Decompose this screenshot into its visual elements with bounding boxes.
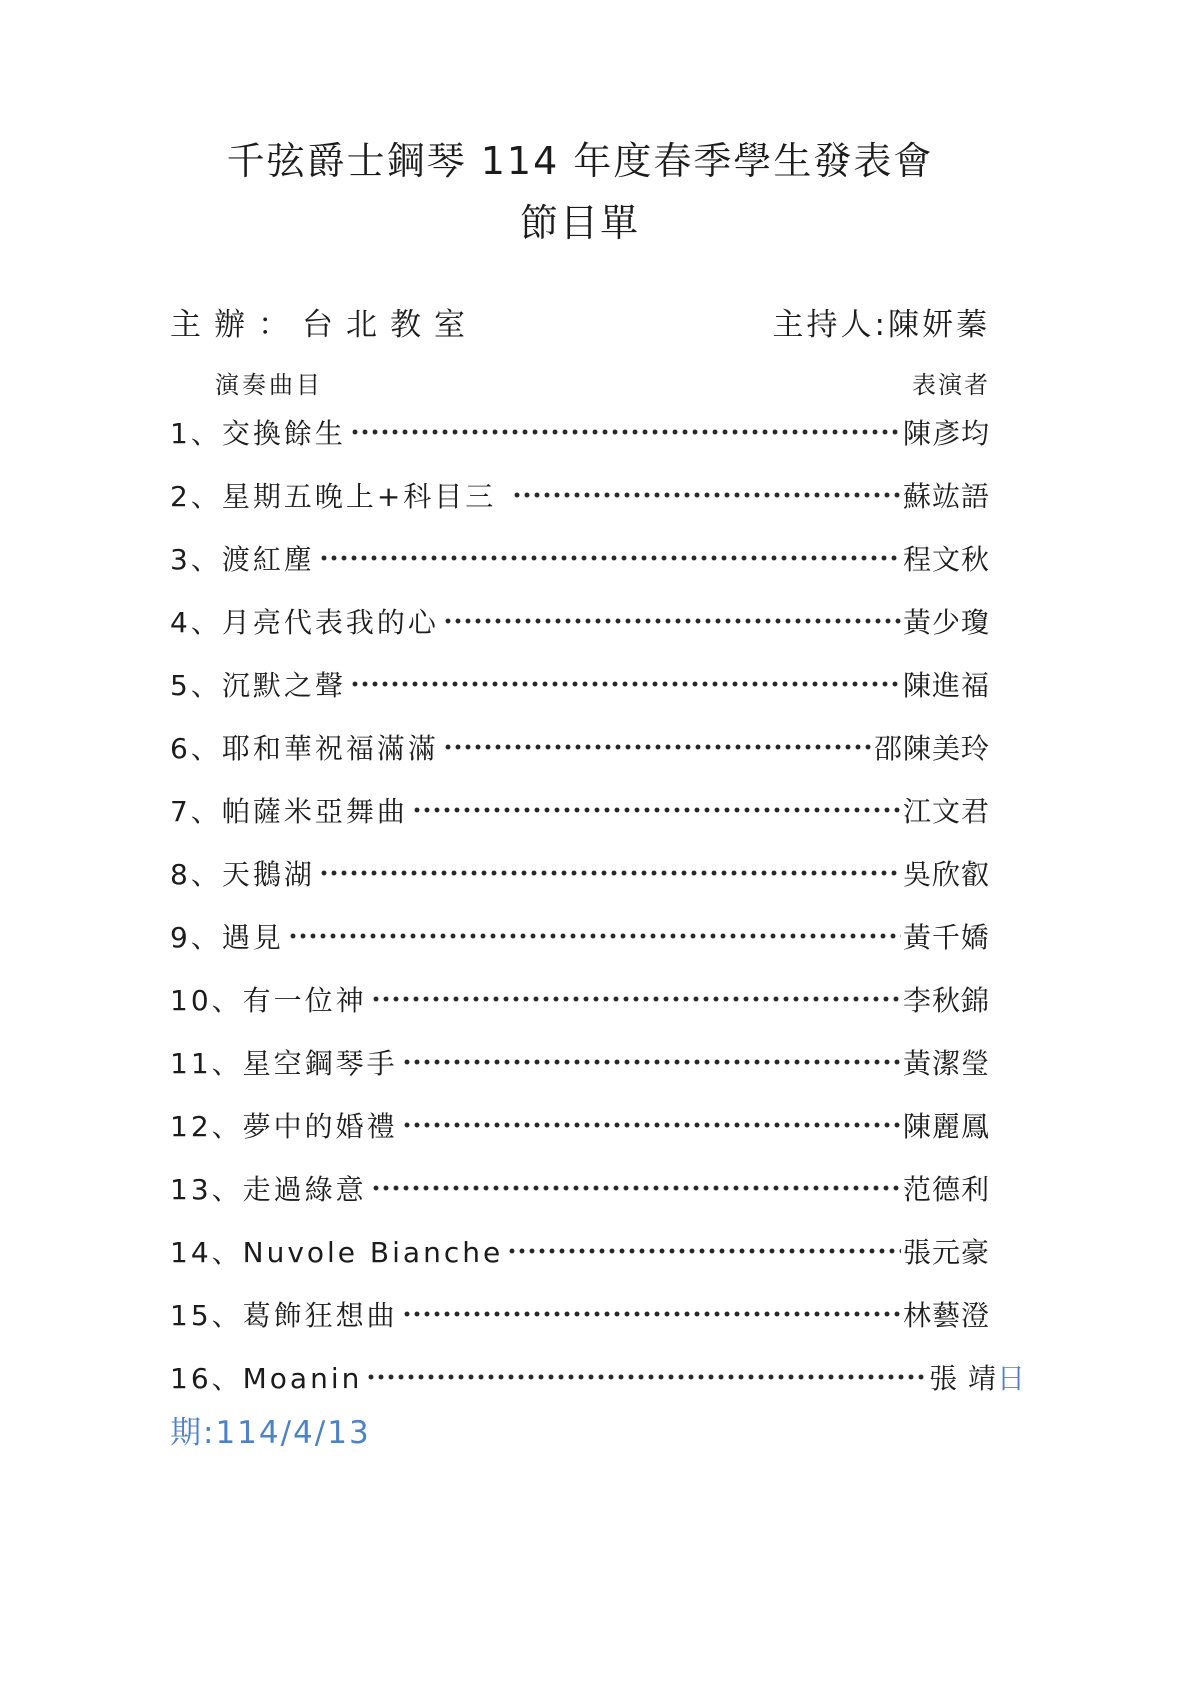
dotted-leader	[400, 1282, 901, 1345]
dotted-leader	[286, 904, 901, 967]
performer-name: 邵陳美玲	[874, 727, 990, 767]
program-title: 1、交換餘生	[170, 412, 346, 452]
program-title: 16、Moanin	[170, 1357, 362, 1397]
program-title: 10、有一位神	[170, 979, 367, 1019]
performer-name: 黃潔瑩	[903, 1042, 990, 1082]
performer-name: 陳進福	[903, 664, 990, 704]
program-title: 11、星空鋼琴手	[170, 1042, 398, 1082]
program-row: 3、渡紅塵 程文秋	[170, 526, 990, 589]
host-label: 主持人:陳妍蓁	[773, 304, 990, 346]
performer-name: 江文君	[903, 790, 990, 830]
program-row: 9、遇見 黃千嬌	[170, 904, 990, 967]
performer-name: 蘇竑語	[903, 475, 990, 515]
performer-name: 張元豪	[903, 1231, 990, 1271]
program-row: 15、葛飾狂想曲 林藝澄	[170, 1282, 990, 1345]
dotted-leader	[348, 400, 901, 463]
dotted-leader	[410, 778, 901, 841]
performer-name: 黃少瓊	[903, 601, 990, 641]
program-title: 15、葛飾狂想曲	[170, 1294, 398, 1334]
page-title: 千弦爵士鋼琴 114 年度春季學生發表會 節目單	[170, 130, 990, 254]
performer-name: 林藝澄	[903, 1294, 990, 1334]
program-row: 14、Nuvole Bianche 張元豪	[170, 1219, 990, 1282]
program-title: 4、月亮代表我的心	[170, 601, 439, 641]
performer-name: 程文秋	[903, 538, 990, 578]
program-row: 1、交換餘生 陳彥均	[170, 400, 990, 463]
program-row: 6、耶和華祝福滿滿 邵陳美玲	[170, 715, 990, 778]
dotted-leader	[400, 1093, 901, 1156]
program-title: 2、星期五晚上+科目三	[170, 475, 508, 515]
date-wrap-char: 日	[997, 1357, 1026, 1397]
program-title: 14、Nuvole Bianche	[170, 1231, 503, 1271]
performer-name: 張 靖	[929, 1357, 997, 1397]
meta-row: 主辦：台北教室 主持人:陳妍蓁	[170, 304, 990, 346]
dotted-leader	[400, 1030, 901, 1093]
dotted-leader	[505, 1219, 901, 1282]
dotted-leader	[364, 1345, 927, 1408]
performer-name: 范德利	[903, 1168, 990, 1208]
program-title: 13、走過綠意	[170, 1168, 367, 1208]
program-row: 16、Moanin 張 靖 日	[170, 1345, 990, 1408]
column-headers: 演奏曲目 表演者	[170, 370, 990, 400]
program-title: 7、帕薩米亞舞曲	[170, 790, 408, 830]
column-header-performer: 表演者	[912, 370, 990, 400]
performer-name: 黃千嬌	[903, 916, 990, 956]
dotted-leader	[317, 841, 901, 904]
performer-name: 陳麗鳳	[903, 1105, 990, 1145]
performer-name: 吳欣叡	[903, 853, 990, 893]
performer-name: 陳彥均	[903, 412, 990, 452]
program-row: 7、帕薩米亞舞曲 江文君	[170, 778, 990, 841]
program-title: 6、耶和華祝福滿滿	[170, 727, 439, 767]
dotted-leader	[348, 652, 901, 715]
program-list: 1、交換餘生 陳彥均 2、星期五晚上+科目三 蘇竑語 3、渡紅塵 程文秋 4、月…	[170, 400, 990, 1408]
program-row: 12、夢中的婚禮 陳麗鳳	[170, 1093, 990, 1156]
date-line: 期:114/4/13	[170, 1412, 990, 1454]
dotted-leader	[369, 1156, 901, 1219]
program-title: 12、夢中的婚禮	[170, 1105, 398, 1145]
dotted-leader	[369, 967, 901, 1030]
performer-name: 李秋錦	[903, 979, 990, 1019]
program-row: 2、星期五晚上+科目三 蘇竑語	[170, 463, 990, 526]
title-line-2: 節目單	[170, 192, 990, 254]
program-row: 13、走過綠意 范德利	[170, 1156, 990, 1219]
dotted-leader	[510, 463, 901, 526]
dotted-leader	[441, 589, 901, 652]
program-row: 4、月亮代表我的心 黃少瓊	[170, 589, 990, 652]
column-header-program: 演奏曲目	[215, 370, 323, 400]
program-title: 9、遇見	[170, 916, 284, 956]
program-title: 8、天鵝湖	[170, 853, 315, 893]
organizer-label: 主辦：台北教室	[170, 304, 478, 346]
program-row: 5、沉默之聲 陳進福	[170, 652, 990, 715]
program-sheet: 千弦爵士鋼琴 114 年度春季學生發表會 節目單 主辦：台北教室 主持人:陳妍蓁…	[0, 0, 1200, 1697]
program-row: 8、天鵝湖 吳欣叡	[170, 841, 990, 904]
program-row: 11、星空鋼琴手 黃潔瑩	[170, 1030, 990, 1093]
title-line-1: 千弦爵士鋼琴 114 年度春季學生發表會	[170, 130, 990, 192]
dotted-leader	[441, 715, 872, 778]
dotted-leader	[317, 526, 901, 589]
program-title: 3、渡紅塵	[170, 538, 315, 578]
program-row: 10、有一位神 李秋錦	[170, 967, 990, 1030]
program-title: 5、沉默之聲	[170, 664, 346, 704]
